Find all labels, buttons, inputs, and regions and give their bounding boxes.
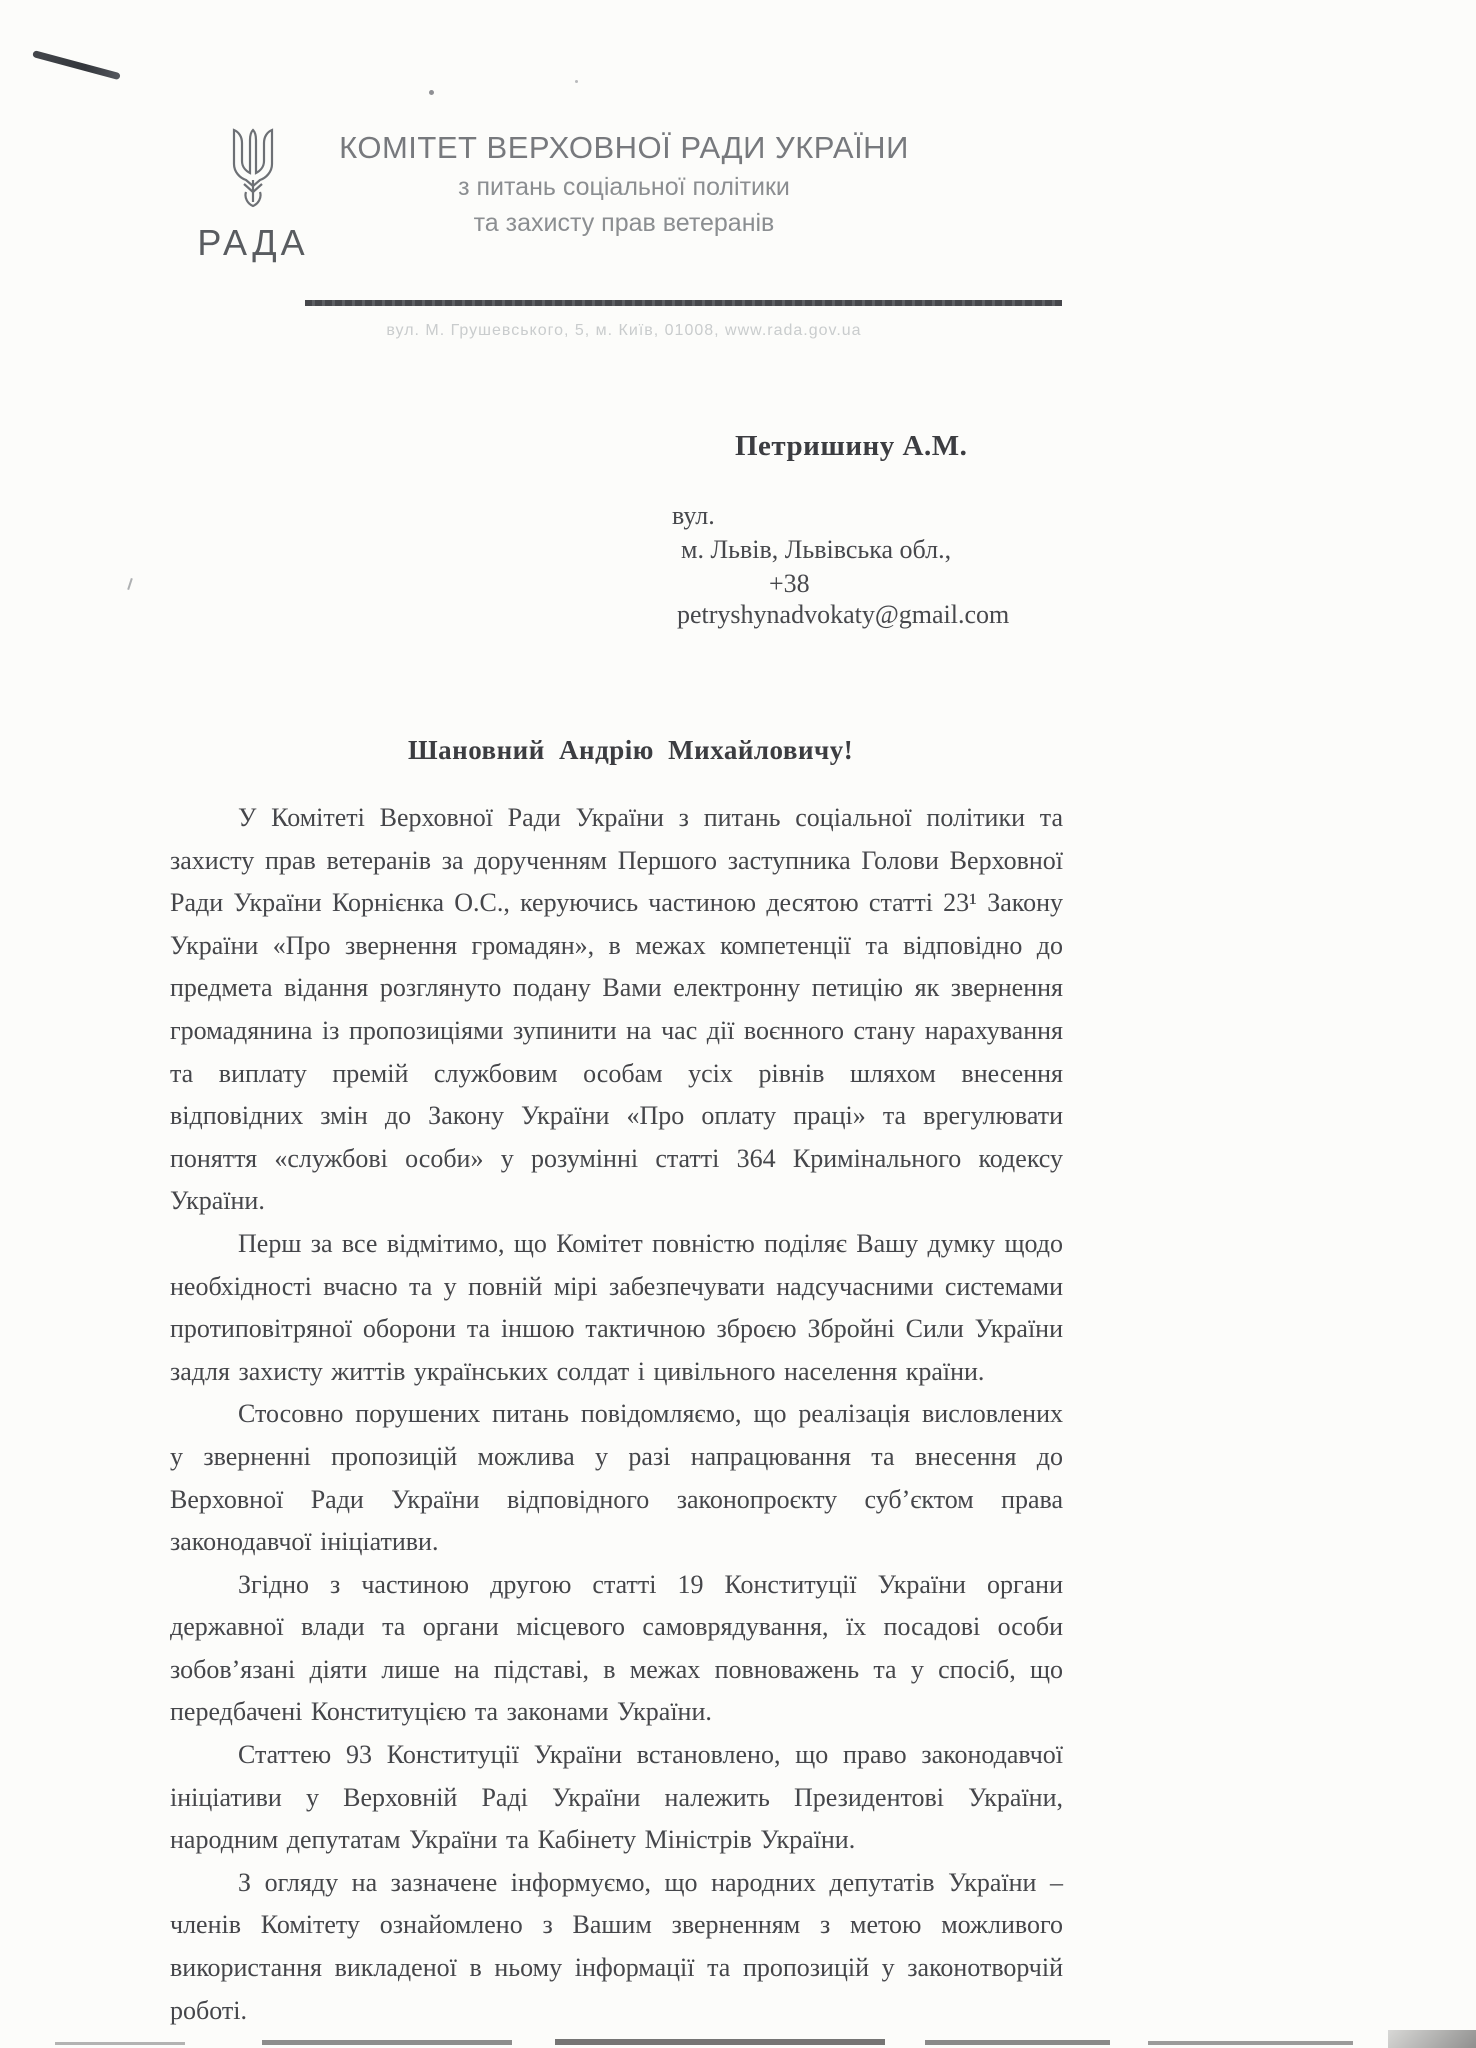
recipient-city: м. Львів, Львівська обл., — [681, 535, 951, 565]
header-separator-bar — [305, 300, 1062, 306]
body-paragraph: Статтею 93 Конституції України встановле… — [170, 1734, 1063, 1862]
letterhead: КОМІТЕТ ВЕРХОВНОЇ РАДИ УКРАЇНИ з питань … — [300, 130, 948, 238]
body-paragraph: Згідно з частиною другою статті 19 Конст… — [170, 1564, 1063, 1734]
scan-corner-artifact — [1388, 2030, 1476, 2048]
scan-edge-artifact — [1148, 2041, 1353, 2045]
committee-title: КОМІТЕТ ВЕРХОВНОЇ РАДИ УКРАЇНИ — [300, 130, 948, 166]
pen-stroke-artifact — [32, 50, 121, 80]
recipient-street: вул. — [672, 501, 715, 531]
body-paragraph: Стосовно порушених питань повідомляємо, … — [170, 1393, 1063, 1563]
dot-artifact — [575, 80, 578, 83]
body-paragraph: З огляду на зазначене інформуємо, що нар… — [170, 1862, 1063, 2032]
body-paragraph: У Комітеті Верховної Ради України з пита… — [170, 797, 1063, 1223]
recipient-email: petryshynadvokaty@gmail.com — [677, 600, 1009, 630]
committee-subtitle-line2: та захисту прав ветеранів — [300, 209, 948, 238]
committee-address: вул. М. Грушевського, 5, м. Київ, 01008,… — [300, 322, 948, 340]
committee-subtitle-line1: з питань соціальної політики — [300, 173, 948, 202]
letter-body: У Комітеті Верховної Ради України з пита… — [170, 797, 1063, 2032]
scan-edge-artifact — [925, 2040, 1110, 2045]
committee-logo: РАДА — [188, 126, 318, 264]
stray-mark-artifact — [127, 578, 133, 590]
trident-emblem-icon — [188, 126, 318, 218]
scan-edge-artifact — [55, 2042, 185, 2045]
scanned-letter-page: РАДА КОМІТЕТ ВЕРХОВНОЇ РАДИ УКРАЇНИ з пи… — [0, 0, 1476, 2048]
recipient-name: Петришину А.М. — [735, 430, 967, 463]
salutation: Шановний Андрію Михайловичу! — [408, 735, 853, 766]
scan-edge-artifact — [555, 2039, 885, 2045]
dot-artifact — [429, 90, 434, 95]
recipient-phone: +38 — [769, 569, 810, 599]
scan-edge-artifact — [262, 2040, 512, 2045]
logo-label: РАДА — [188, 222, 318, 264]
body-paragraph: Перш за все відмітимо, що Комітет повніс… — [170, 1223, 1063, 1393]
